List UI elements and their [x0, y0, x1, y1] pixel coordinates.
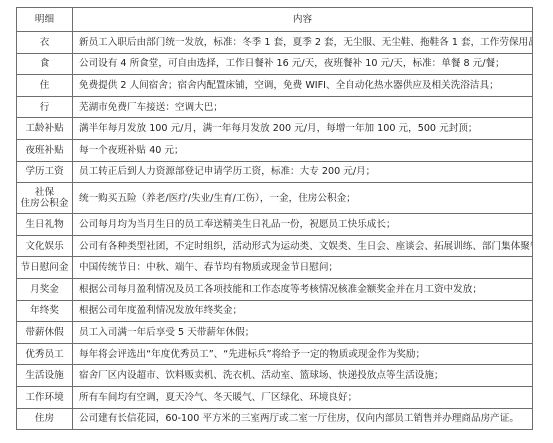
row-item-education-pay: 学历工资	[17, 161, 73, 183]
row-content-year-end-bonus: 根据公司年度盈利情况发放年终奖金；	[73, 300, 533, 322]
row-item-night-shift-allowance: 夜班补贴	[17, 139, 73, 161]
row-item-living-facilities: 生活设施	[17, 365, 73, 387]
table-row: 年终奖 根据公司年度盈利情况发放年终奖金；	[17, 300, 533, 322]
table-row: 行 芜湖市免费厂车接送：空调大巴；	[17, 96, 533, 118]
row-item-residence: 住房	[17, 408, 73, 430]
row-content-social-insurance: 统一购买五险（养老/医疗/失业/生育/工伤），一金，住房公积金；	[73, 183, 533, 214]
row-item-outstanding-employee: 优秀员工	[17, 343, 73, 365]
row-item-social-insurance-line1: 社保	[19, 187, 70, 198]
row-content-housing: 免费提供 2 人间宿舍；宿舍内配置床铺，空调，免费 WIFI、全自动化热水器供应…	[73, 75, 533, 97]
row-item-clothing: 衣	[17, 32, 73, 54]
row-item-social-insurance-line2: 住房公积金	[19, 198, 70, 209]
row-content-paid-leave: 员工入司满一年后享受 5 天带薪年休假；	[73, 322, 533, 344]
row-content-education-pay: 员工转正后到人力资源部登记申请学历工资，标准：大专 200 元/月；	[73, 161, 533, 183]
table-row: 衣 新员工入职后由部门统一发放，标准：冬季 1 套，夏季 2 套，无尘服、无尘鞋…	[17, 32, 533, 54]
table-row: 生日礼物 公司每月均为当月生日的员工奉送精美生日礼品一份，祝愿员工快乐成长；	[17, 214, 533, 236]
table-row: 夜班补贴 每一个夜班补贴 40 元；	[17, 139, 533, 161]
table-row: 节日慰问金 中国传统节日：中秋、端午、春节均有物质或现金节日慰问；	[17, 257, 533, 279]
row-content-monthly-bonus: 根据公司每月盈利情况及员工各项技能和工作态度等考核情况核准金额奖金并在月工资中发…	[73, 278, 533, 300]
row-content-living-facilities: 宿舍厂区内设超市、饮料贩卖机、洗衣机、活动室、篮球场、快递投放点等生活设施；	[73, 365, 533, 387]
row-item-holiday-bonus: 节日慰问金	[17, 257, 73, 279]
row-content-seniority-allowance: 满半年每月发放 100 元/月，满一年每月发放 200 元/月，每增一年加 10…	[73, 118, 533, 140]
table-row: 生活设施 宿舍厂区内设超市、饮料贩卖机、洗衣机、活动室、篮球场、快递投放点等生活…	[17, 365, 533, 387]
table-row: 食 公司设有 4 所食堂，可自由选择，工作日餐补 16 元/天，夜班餐补 10 …	[17, 53, 533, 75]
row-content-transport: 芜湖市免费厂车接送：空调大巴；	[73, 96, 533, 118]
table-row: 优秀员工 每年将会评选出“年度优秀员工”、“先进标兵”将给予一定的物质或现金作为…	[17, 343, 533, 365]
row-item-social-insurance: 社保 住房公积金	[17, 183, 73, 214]
row-content-birthday-gift: 公司每月均为当月生日的员工奉送精美生日礼品一份，祝愿员工快乐成长；	[73, 214, 533, 236]
table-row: 月奖金 根据公司每月盈利情况及员工各项技能和工作态度等考核情况核准金额奖金并在月…	[17, 278, 533, 300]
row-item-monthly-bonus: 月奖金	[17, 278, 73, 300]
row-item-year-end-bonus: 年终奖	[17, 300, 73, 322]
table-row: 工作环境 所有车间均有空调，夏天冷气、冬天暖气、厂区绿化、环境良好；	[17, 386, 533, 408]
table-row: 带薪休假 员工入司满一年后享受 5 天带薪年休假；	[17, 322, 533, 344]
row-item-transport: 行	[17, 96, 73, 118]
row-content-clothing: 新员工入职后由部门统一发放，标准：冬季 1 套，夏季 2 套，无尘服、无尘鞋、拖…	[73, 32, 533, 54]
table-row: 住 免费提供 2 人间宿舍；宿舍内配置床铺，空调，免费 WIFI、全自动化热水器…	[17, 75, 533, 97]
row-item-paid-leave: 带薪休假	[17, 322, 73, 344]
row-item-housing: 住	[17, 75, 73, 97]
row-item-birthday-gift: 生日礼物	[17, 214, 73, 236]
table-row: 社保 住房公积金 统一购买五险（养老/医疗/失业/生育/工伤），一金，住房公积金…	[17, 183, 533, 214]
header-item: 明细	[17, 8, 73, 32]
table-row: 工龄补贴 满半年每月发放 100 元/月，满一年每月发放 200 元/月，每增一…	[17, 118, 533, 140]
row-content-culture-entertainment: 公司有各种类型社团，不定时组织，活动形式为运动类、文娱类、生日会、座谈会、拓展训…	[73, 235, 533, 257]
header-content: 内容	[73, 8, 533, 32]
table-row: 学历工资 员工转正后到人力资源部登记申请学历工资，标准：大专 200 元/月；	[17, 161, 533, 183]
row-item-food: 食	[17, 53, 73, 75]
row-content-night-shift-allowance: 每一个夜班补贴 40 元；	[73, 139, 533, 161]
row-content-residence: 公司建有长信花园，60-100 平方米的三室两厅或二室一厅住房，仅向内部员工销售…	[73, 408, 533, 430]
row-item-seniority-allowance: 工龄补贴	[17, 118, 73, 140]
table-row: 文化娱乐 公司有各种类型社团，不定时组织，活动形式为运动类、文娱类、生日会、座谈…	[17, 235, 533, 257]
row-content-food: 公司设有 4 所食堂，可自由选择，工作日餐补 16 元/天，夜班餐补 10 元/…	[73, 53, 533, 75]
row-item-culture-entertainment: 文化娱乐	[17, 235, 73, 257]
table-row: 住房 公司建有长信花园，60-100 平方米的三室两厅或二室一厅住房，仅向内部员…	[17, 408, 533, 430]
table-header-row: 明细 内容	[17, 8, 533, 32]
row-item-work-environment: 工作环境	[17, 386, 73, 408]
benefits-table: 明细 内容 衣 新员工入职后由部门统一发放，标准：冬季 1 套，夏季 2 套，无…	[16, 7, 533, 430]
row-content-holiday-bonus: 中国传统节日：中秋、端午、春节均有物质或现金节日慰问；	[73, 257, 533, 279]
row-content-work-environment: 所有车间均有空调，夏天冷气、冬天暖气、厂区绿化、环境良好；	[73, 386, 533, 408]
row-content-outstanding-employee: 每年将会评选出“年度优秀员工”、“先进标兵”将给予一定的物质或现金作为奖励；	[73, 343, 533, 365]
